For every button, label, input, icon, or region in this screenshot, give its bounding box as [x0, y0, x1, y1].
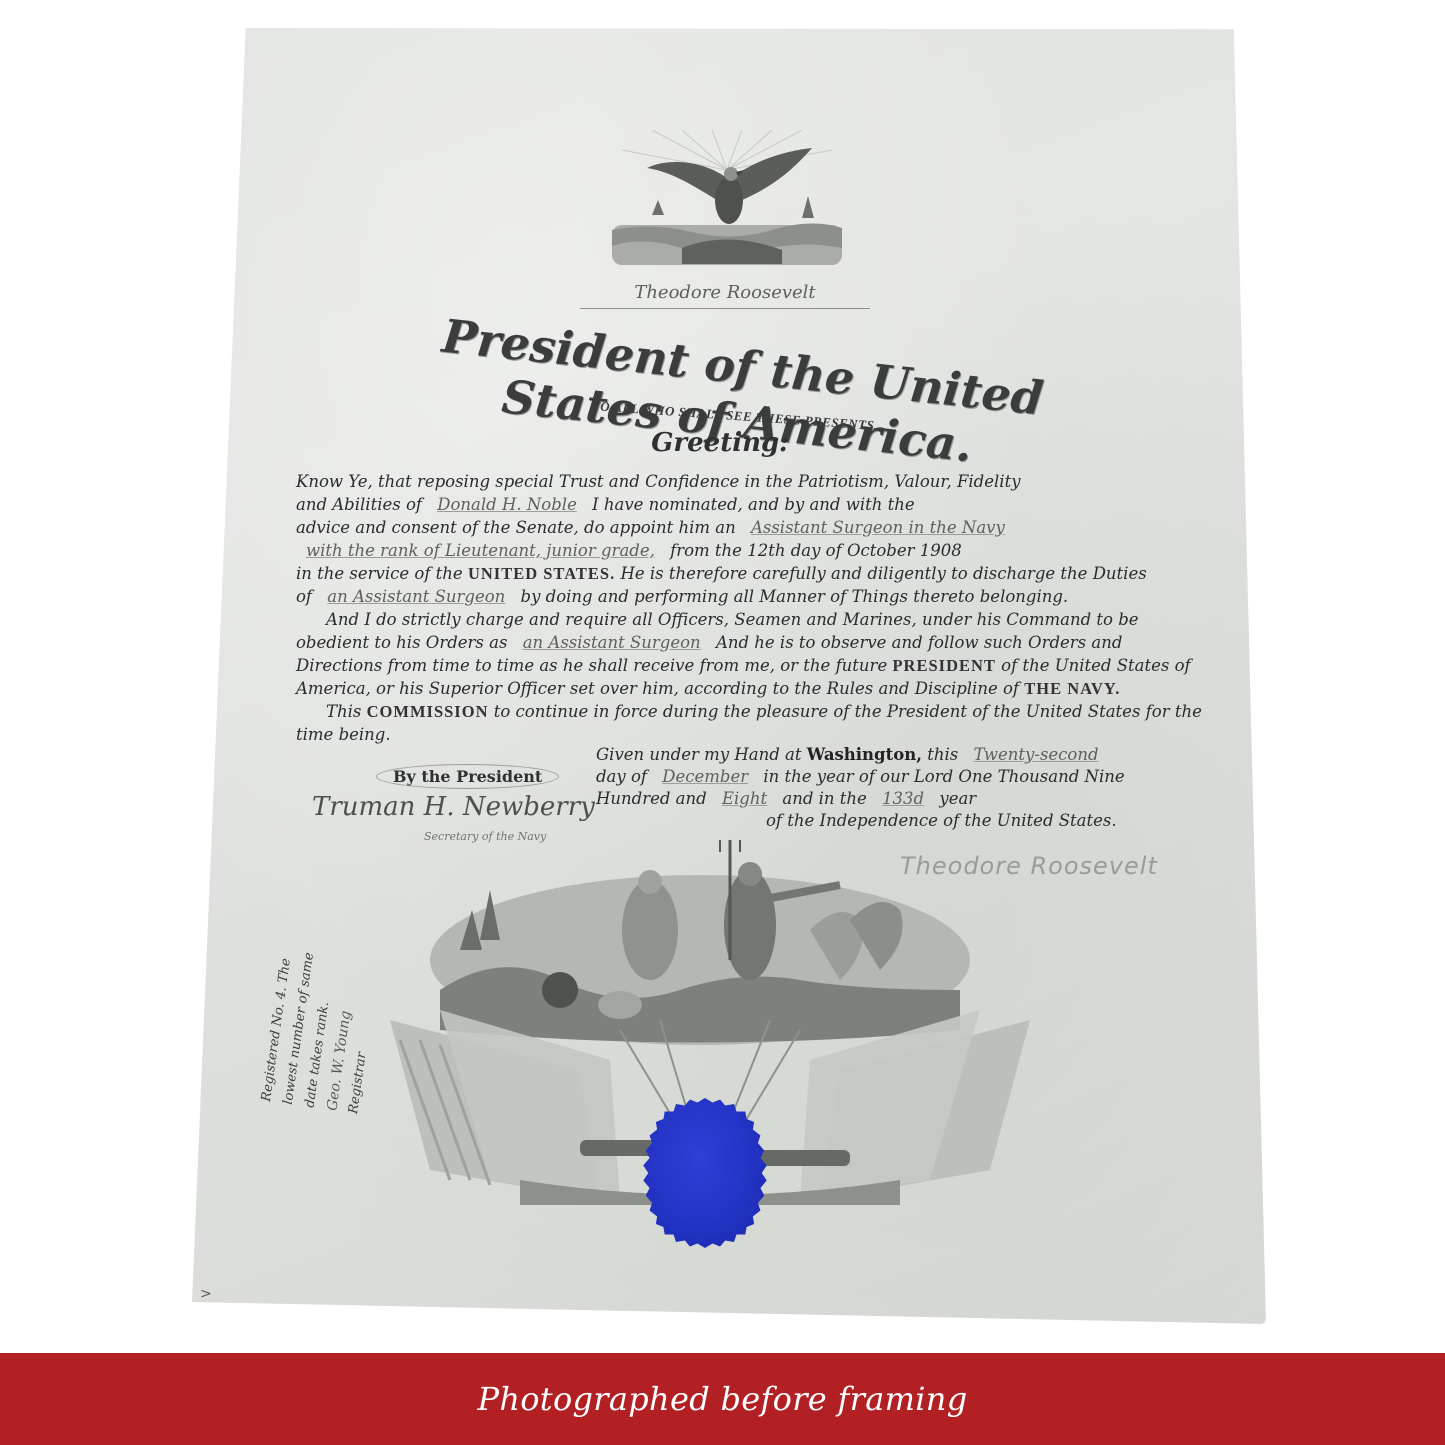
- body-line: time being.: [296, 723, 1196, 746]
- body-text: He is therefore carefully and diligently…: [620, 564, 1146, 583]
- body-line: and Abilities of Donald H. Noble I have …: [296, 493, 1196, 516]
- body-line: America, or his Superior Officer set ove…: [296, 677, 1196, 700]
- body-text: America, or his Superior Officer set ove…: [296, 679, 1019, 698]
- office-fill: an Assistant Surgeon: [513, 633, 711, 652]
- given-line: of the Independence of the United States…: [596, 810, 1196, 832]
- emphasis-commission: COMMISSION: [367, 702, 489, 721]
- appointed-rank: with the rank of Lieutenant, junior grad…: [296, 541, 665, 560]
- navy-seal-wafer: [642, 1098, 768, 1248]
- day-fill: Twenty-second: [963, 745, 1108, 764]
- given-text: Given under my Hand at: [596, 745, 801, 764]
- body-text: This: [326, 702, 361, 721]
- given-text: of the Independence of the United States…: [766, 811, 1117, 830]
- body-line: with the rank of Lieutenant, junior grad…: [296, 539, 1196, 562]
- caption-text: Photographed before framing: [477, 1380, 967, 1418]
- given-text: this: [927, 745, 958, 764]
- emphasis-the-navy: THE NAVY.: [1024, 679, 1120, 698]
- independence-year-fill: 133d: [872, 789, 934, 808]
- commission-body: Know Ye, that reposing special Trust and…: [296, 470, 1196, 746]
- body-text: by doing and performing all Manner of Th…: [521, 587, 1069, 606]
- given-text: in the year of our Lord One Thousand Nin…: [763, 767, 1124, 786]
- body-text: And he is to observe and follow such Ord…: [716, 633, 1122, 652]
- body-text: And I do strictly charge and require all…: [326, 610, 1139, 629]
- given-line: day of December in the year of our Lord …: [596, 766, 1196, 788]
- office-fill: an Assistant Surgeon: [317, 587, 515, 606]
- body-text: of: [296, 587, 312, 606]
- year-fill: Eight: [712, 789, 777, 808]
- body-text: time being.: [296, 725, 391, 744]
- emphasis-united-states: UNITED STATES.: [468, 564, 615, 583]
- body-text: advice and consent of the Senate, do app…: [296, 518, 736, 537]
- given-text: and in the: [782, 789, 866, 808]
- issuer-signature-line: [580, 308, 870, 309]
- given-text: year: [939, 789, 976, 808]
- by-the-president-label: By the President: [376, 764, 559, 789]
- corner-pencil-mark: >: [200, 1286, 212, 1302]
- body-text: obedient to his Orders as: [296, 633, 507, 652]
- place-washington: Washington,: [807, 745, 922, 764]
- body-line: in the service of the UNITED STATES. He …: [296, 562, 1196, 585]
- photo-stage: Theodore Roosevelt President of the Unit…: [0, 0, 1445, 1353]
- effective-date: from the 12th day of October 1908: [670, 541, 962, 560]
- body-text: and Abilities of: [296, 495, 422, 514]
- appointed-office: Assistant Surgeon in the Navy: [741, 518, 1015, 537]
- greeting: Greeting:: [630, 428, 810, 458]
- body-text: to continue in force during the pleasure…: [494, 702, 1202, 721]
- given-under-hand-block: Given under my Hand at Washington, this …: [596, 744, 1196, 832]
- body-text: I have nominated, and by and with the: [592, 495, 915, 514]
- eagle-engraving-icon: [612, 130, 842, 280]
- given-line: Given under my Hand at Washington, this …: [596, 744, 1196, 766]
- body-line: This COMMISSION to continue in force dur…: [296, 700, 1196, 723]
- caption-banner: Photographed before framing: [0, 1353, 1445, 1445]
- given-text: Hundred and: [596, 789, 707, 808]
- body-line: obedient to his Orders as an Assistant S…: [296, 631, 1196, 654]
- body-line: advice and consent of the Senate, do app…: [296, 516, 1196, 539]
- appointee-name: Donald H. Noble: [427, 495, 587, 514]
- body-line: of an Assistant Surgeon by doing and per…: [296, 585, 1196, 608]
- given-line: Hundred and Eight and in the 133d year: [596, 788, 1196, 810]
- body-line: And I do strictly charge and require all…: [296, 608, 1196, 631]
- body-line: Directions from time to time as he shall…: [296, 654, 1196, 677]
- body-text: of the United States of: [1001, 656, 1190, 675]
- given-text: day of: [596, 767, 647, 786]
- body-line: Know Ye, that reposing special Trust and…: [296, 470, 1196, 493]
- month-fill: December: [652, 767, 758, 786]
- emphasis-president: PRESIDENT: [892, 656, 995, 675]
- body-text: in the service of the: [296, 564, 463, 583]
- body-text: Know Ye, that reposing special Trust and…: [296, 472, 1021, 491]
- issuer-signature: Theodore Roosevelt: [600, 282, 850, 303]
- body-text: Directions from time to time as he shall…: [296, 656, 887, 675]
